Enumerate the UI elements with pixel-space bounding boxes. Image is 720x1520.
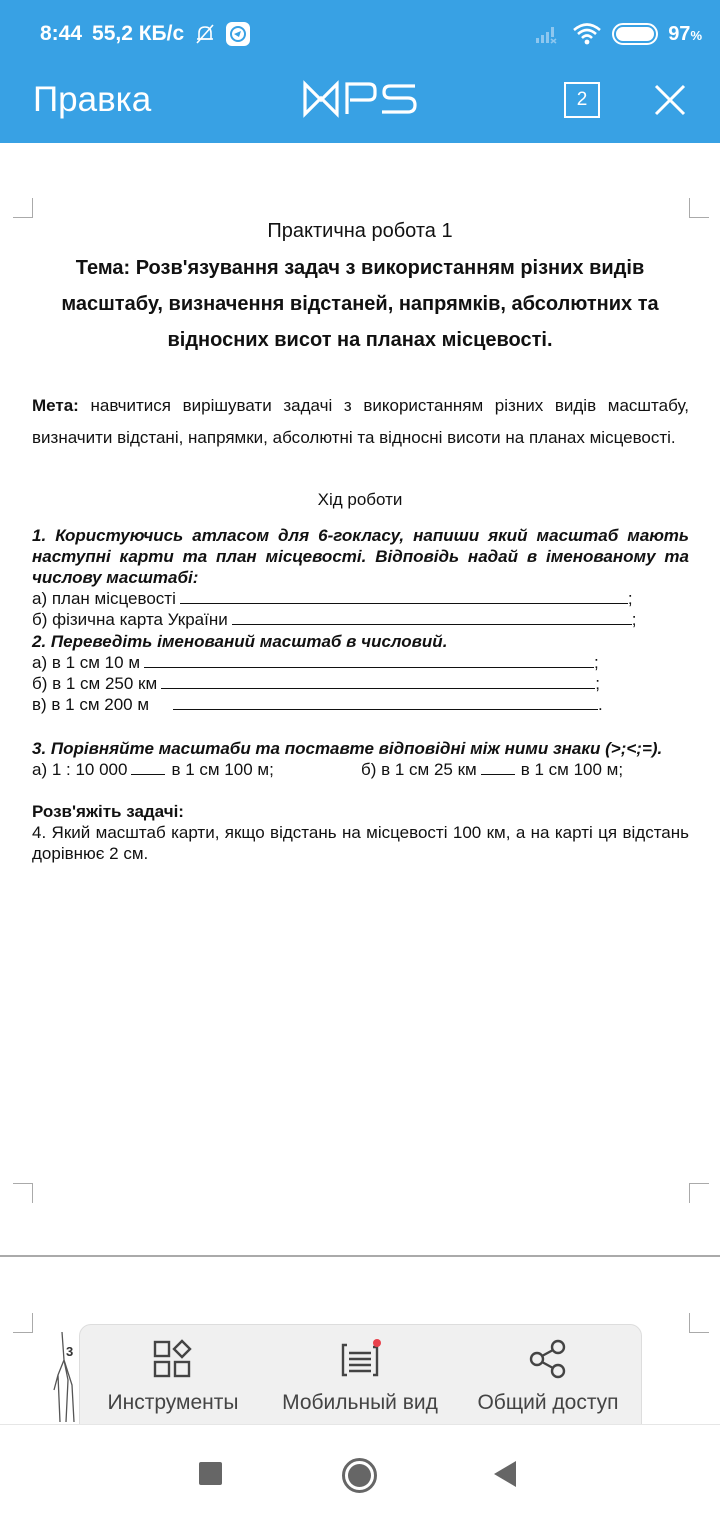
task-2-item: а) в 1 см 10 м ; — [32, 652, 689, 673]
home-icon[interactable] — [342, 1458, 377, 1493]
goal-label: Мета: — [32, 396, 79, 415]
tab-count-button[interactable]: 2 — [564, 82, 600, 118]
bell-muted-icon — [194, 23, 216, 45]
network-speed: 55,2 КБ/с — [92, 22, 184, 46]
svg-text:3: 3 — [66, 1344, 73, 1359]
goal-text: навчитися вирішувати задачі з використан… — [32, 396, 689, 447]
status-bar: 8:44 55,2 КБ/с 9 — [0, 0, 720, 70]
edit-button[interactable]: Правка — [33, 80, 151, 120]
task-1-item: а) план місцевості ; — [32, 588, 689, 609]
battery-icon — [612, 23, 658, 45]
recent-apps-icon[interactable] — [199, 1462, 222, 1485]
back-icon[interactable] — [494, 1461, 516, 1487]
telegram-icon — [226, 22, 250, 46]
task-3-question: 3. Порівняйте масштаби та поставте відпо… — [32, 738, 689, 759]
task-1-item: б) фізична карта України ; — [32, 609, 689, 630]
share-button[interactable]: Общий доступ — [473, 1325, 623, 1425]
task-2: 2. Переведіть іменований масштаб в число… — [32, 631, 689, 715]
share-icon — [528, 1339, 568, 1379]
document-view[interactable]: Практична робота 1 Тема: Розв'язування з… — [0, 143, 720, 1423]
wps-logo — [302, 80, 418, 118]
system-nav-bar — [0, 1424, 720, 1520]
close-icon[interactable] — [653, 83, 687, 117]
answer-blank[interactable] — [481, 761, 515, 775]
page-separator — [0, 1255, 720, 1257]
document-theme: Тема: Розв'язування задач з використання… — [40, 250, 680, 358]
progress-heading: Хід роботи — [0, 490, 720, 510]
task-3-b: б) в 1 см 25 км в 1 см 100 м; — [361, 759, 623, 780]
answer-blank[interactable] — [232, 611, 632, 625]
task-2-item: б) в 1 см 250 км ; — [32, 673, 689, 694]
notification-badge — [373, 1339, 381, 1347]
mobile-view-button[interactable]: Мобильный вид — [275, 1325, 445, 1425]
mobile-view-icon — [338, 1339, 382, 1379]
task-1: 1. Користуючись атласом для 6-гокласу, н… — [32, 525, 689, 630]
signal-icon — [534, 24, 562, 44]
answer-blank[interactable] — [131, 761, 165, 775]
task-3: 3. Порівняйте масштаби та поставте відпо… — [32, 738, 689, 780]
answer-blank[interactable] — [144, 654, 594, 668]
page-corner-mark — [689, 1183, 709, 1203]
task-2-question: 2. Переведіть іменований масштаб в число… — [32, 631, 689, 652]
bottom-action-panel: Инструменты Мобильный вид Общий доступ — [79, 1324, 642, 1434]
task-2-item: в) в 1 см 200 м . — [32, 694, 689, 715]
answer-blank[interactable] — [161, 675, 595, 689]
task-4: 4. Який масштаб карти, якщо відстань на … — [32, 822, 689, 864]
page-corner-mark — [13, 1313, 33, 1333]
answer-blank[interactable] — [180, 590, 628, 604]
page-title: Практична робота 1 — [0, 220, 720, 243]
solve-section: Розв'яжіть задачі: 4. Який масштаб карти… — [32, 801, 689, 864]
wifi-icon — [572, 22, 602, 46]
task-3-a: а) 1 : 10 000 в 1 см 100 м; — [32, 759, 274, 780]
page-corner-mark — [13, 1183, 33, 1203]
page-corner-mark — [689, 198, 709, 218]
page-corner-mark — [13, 198, 33, 218]
clock: 8:44 — [40, 22, 82, 46]
tools-icon — [153, 1339, 193, 1379]
app-header: 8:44 55,2 КБ/с 9 — [0, 0, 720, 143]
tools-button[interactable]: Инструменты — [102, 1325, 244, 1425]
page-corner-mark — [689, 1313, 709, 1333]
solve-heading: Розв'яжіть задачі: — [32, 801, 689, 822]
document-goal: Мета: навчитися вирішувати задачі з вико… — [32, 390, 689, 454]
task-1-question: 1. Користуючись атласом для 6-гокласу, н… — [32, 525, 689, 588]
battery-percent: 97% — [668, 23, 702, 46]
answer-blank[interactable] — [173, 696, 598, 710]
